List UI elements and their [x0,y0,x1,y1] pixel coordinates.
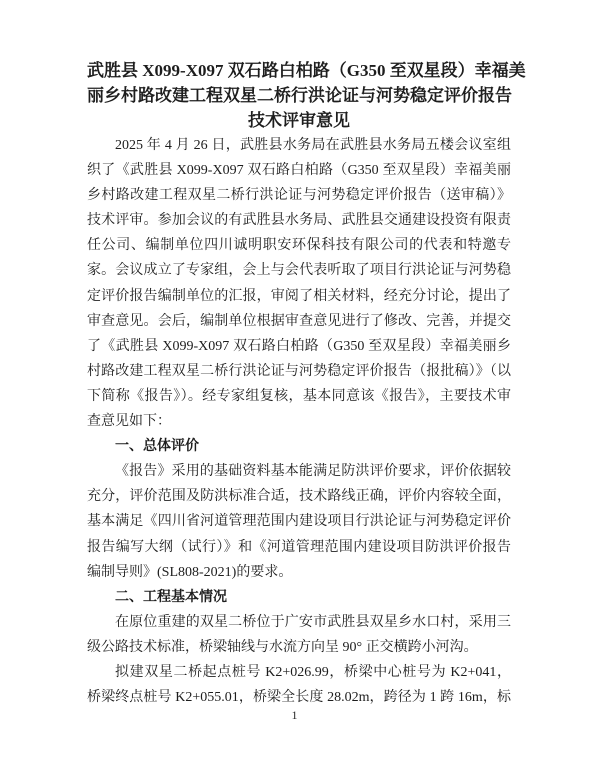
paragraph-line: 审查意见。会后，编制单位根据审查意见进行了修改、完善，并提交 [87,309,511,334]
paragraph-line: 拟建双星二桥起点桩号 K2+026.99，桥梁中心桩号为 K2+041， [87,660,511,685]
paragraph-line: 查意见如下： [87,409,511,434]
paragraph-line: 任公司、编制单位四川诚明职安环保科技有限公司的代表和特邀专 [87,233,511,258]
title-line: 技术评审意见 [87,108,511,133]
paragraph-line: 级公路技术标准，桥梁轴线与水流方向呈 90° 正交横跨小河沟。 [87,635,511,660]
paragraph: 拟建双星二桥起点桩号 K2+026.99，桥梁中心桩号为 K2+041，桥梁终点… [87,660,511,710]
page-number: 1 [0,708,589,723]
paragraph-line: 下简称《报告》）。经专家组复核，基本同意该《报告》，主要技术审 [87,384,511,409]
paragraph: 在原位重建的双星二桥位于广安市武胜县双星乡水口村，采用三级公路技术标准，桥梁轴线… [87,610,511,660]
paragraph-line: 技术评审。参加会议的有武胜县水务局、武胜县交通建设投资有限责 [87,208,511,233]
paragraph-line: 2025 年 4 月 26 日，武胜县水务局在武胜县水务局五楼会议室组 [87,133,511,158]
paragraph-line: 乡村路改建工程双星二桥行洪论证与河势稳定评价报告（送审稿）》 [87,183,511,208]
paragraph-line: 基本满足《四川省河道管理范围内建设项目行洪论证与河势稳定评价 [87,509,511,534]
paragraph-line: 桥梁终点桩号 K2+055.01，桥梁全长度 28.02m，跨径为 1 跨 16… [87,685,511,710]
document-content: 武胜县 X099-X097 双石路白柏路（G350 至双星段）幸福美丽乡村路改建… [87,0,511,710]
document-title: 武胜县 X099-X097 双石路白柏路（G350 至双星段）幸福美丽乡村路改建… [87,58,511,133]
paragraph-line: 定评价报告编制单位的汇报，审阅了相关材料，经充分讨论，提出了 [87,284,511,309]
document-page: 武胜县 X099-X097 双石路白柏路（G350 至双星段）幸福美丽乡村路改建… [0,0,589,772]
paragraph-line: 织了《武胜县 X099-X097 双石路白柏路（G350 至双星段）幸福美丽 [87,158,511,183]
section-heading: 一、总体评价 [87,434,511,459]
paragraph-line: 报告编写大纲（试行）》和《河道管理范围内建设项目防洪评价报告 [87,535,511,560]
paragraph-line: 村路改建工程双星二桥行洪论证与河势稳定评价报告（报批稿）》（以 [87,359,511,384]
paragraph: 《报告》采用的基础资料基本能满足防洪评价要求，评价依据较充分，评价范围及防洪标准… [87,459,511,584]
paragraph-line: 了《武胜县 X099-X097 双石路白柏路（G350 至双星段）幸福美丽乡 [87,334,511,359]
title-line: 丽乡村路改建工程双星二桥行洪论证与河势稳定评价报告 [87,83,511,108]
document-body: 2025 年 4 月 26 日，武胜县水务局在武胜县水务局五楼会议室组织了《武胜… [87,133,511,710]
paragraph-line: 《报告》采用的基础资料基本能满足防洪评价要求，评价依据较 [87,459,511,484]
paragraph-line: 编制导则》(SL808-2021)的要求。 [87,560,511,585]
paragraph-line: 在原位重建的双星二桥位于广安市武胜县双星乡水口村，采用三 [87,610,511,635]
paragraph-line: 家。会议成立了专家组，会上与会代表听取了项目行洪论证与河势稳 [87,258,511,283]
section-heading: 二、工程基本情况 [87,585,511,610]
paragraph: 2025 年 4 月 26 日，武胜县水务局在武胜县水务局五楼会议室组织了《武胜… [87,133,511,434]
paragraph-line: 充分，评价范围及防洪标准合适，技术路线正确，评价内容较全面， [87,484,511,509]
title-line: 武胜县 X099-X097 双石路白柏路（G350 至双星段）幸福美 [87,58,511,83]
